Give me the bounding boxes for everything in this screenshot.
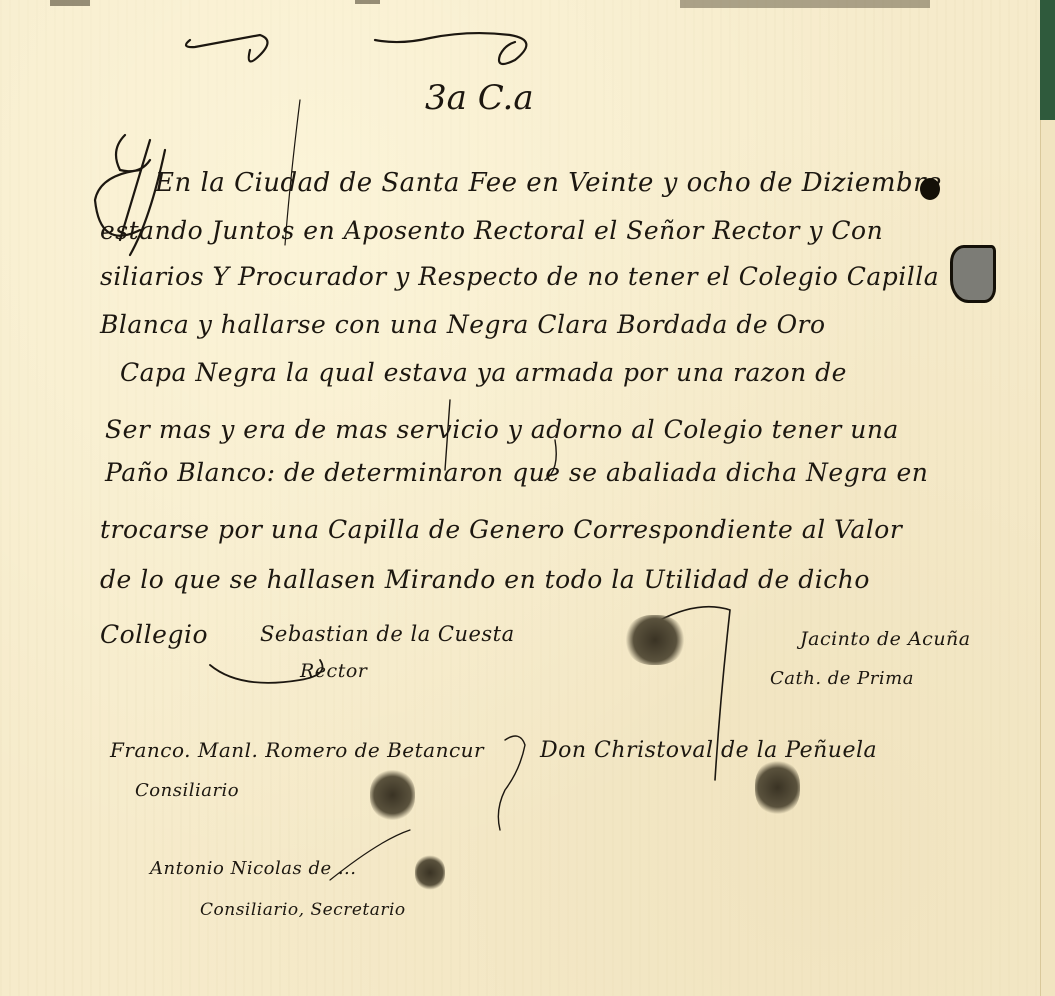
signature-1-name: Sebastian de la Cuesta xyxy=(260,622,515,646)
signature-2-name: Jacinto de Acuña xyxy=(800,628,971,650)
signature-3-role: Consiliario xyxy=(135,780,239,801)
signature-1-rubric xyxy=(625,615,685,665)
signature-3-name: Franco. Manl. Romero de Betancur xyxy=(110,738,484,762)
body-line-9: de lo que se hallasen Mirando en todo la… xyxy=(100,565,870,594)
ink-blot xyxy=(920,178,940,200)
signature-5-name: Antonio Nicolas de ... xyxy=(150,858,357,879)
body-line-4: Blanca y hallarse con una Negra Clara Bo… xyxy=(100,310,826,339)
body-line-3: siliarios Y Procurador y Respecto de no … xyxy=(100,262,939,291)
body-line-10: Collegio xyxy=(100,620,208,649)
body-line-7: Paño Blanco: de determinaron que se abal… xyxy=(105,458,928,487)
body-line-1: En la Ciudad de Santa Fee en Veinte y oc… xyxy=(155,168,942,198)
folio-mark: 3a C.a xyxy=(425,78,534,118)
body-line-6: Ser mas y era de mas servicio y adorno a… xyxy=(105,415,899,444)
pen-flourishes xyxy=(0,0,1055,996)
signature-1-role: Rector xyxy=(300,660,367,682)
signature-4-name: Don Christoval de la Peñuela xyxy=(540,738,877,763)
signature-3-rubric xyxy=(370,770,415,820)
signature-4-rubric xyxy=(755,760,800,815)
signature-5-rubric xyxy=(415,855,445,890)
body-line-2: estando Juntos en Aposento Rectoral el S… xyxy=(100,216,883,245)
body-line-5: Capa Negra la qual estava ya armada por … xyxy=(120,358,847,387)
paper-hole xyxy=(950,245,996,303)
signature-5-role: Consiliario, Secretario xyxy=(200,900,406,920)
body-line-8: trocarse por una Capilla de Genero Corre… xyxy=(100,515,902,544)
signature-2-role: Cath. de Prima xyxy=(770,668,914,689)
